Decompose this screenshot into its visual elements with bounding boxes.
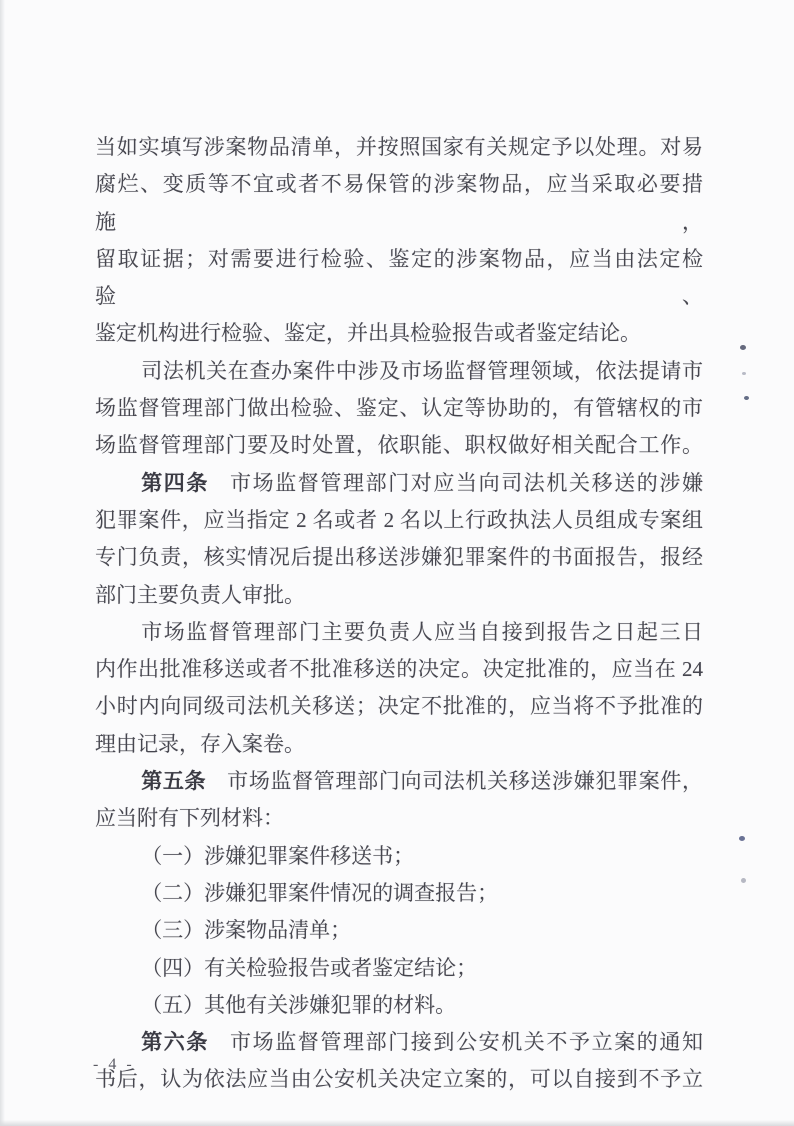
text-line list-item: （二）涉嫌犯罪案件情况的调查报告； [95, 875, 703, 912]
text-line list-item: （四）有关检验报告或者鉴定结论； [95, 950, 703, 987]
text-line: 留取证据；对需要进行检验、鉴定的涉案物品，应当由法定检验、 [95, 241, 703, 316]
line-text: 鉴定机构进行检验、鉴定，并出具检验报告或者鉴定结论。 [95, 321, 641, 345]
line-text: 部门主要负责人审批。 [95, 583, 305, 607]
scan-bottom-edge-shade [0, 1120, 794, 1126]
document-text: 当如实填写涉案物品清单，并按照国家有关规定予以处理。对易 腐烂、变质等不宜或者不… [95, 129, 703, 1099]
line-text: 司法机关在查办案件中涉及市场监督管理领域，依法提请市 [141, 359, 703, 383]
text-line list-item: （五）其他有关涉嫌犯罪的材料。 [95, 987, 703, 1024]
line-text: 犯罪案件，应当指定 2 名或者 2 名以上行政执法人员组成专案组 [95, 508, 703, 532]
text-line: 内作出批准移送或者不批准移送的决定。决定批准的，应当在 24 [95, 651, 703, 688]
line-text: （五）其他有关涉嫌犯罪的材料。 [141, 993, 456, 1017]
text-line: 第四条市场监督管理部门对应当向司法机关移送的涉嫌 [95, 465, 703, 502]
text-line: 当如实填写涉案物品清单，并按照国家有关规定予以处理。对易 [95, 129, 703, 166]
article-number: 第六条 [141, 1030, 209, 1054]
text-line: 理由记录，存入案卷。 [95, 726, 703, 763]
line-text: 场监督管理部门做出检验、鉴定、认定等协助的，有管辖权的市 [95, 396, 703, 420]
line-text: 市场监督管理部门接到公安机关不予立案的通知 [230, 1030, 703, 1054]
line-text: 腐烂、变质等不宜或者不易保管的涉案物品，应当采取必要措施， [95, 172, 703, 233]
line-text: 市场监督管理部门主要负责人应当自接到报告之日起三日 [141, 620, 703, 644]
scan-speck [740, 345, 746, 350]
scan-left-edge-shade [0, 0, 5, 1126]
text-line: 第五条市场监督管理部门向司法机关移送涉嫌犯罪案件， [95, 763, 703, 800]
line-text: 应当附有下列材料： [95, 806, 284, 830]
text-line: 鉴定机构进行检验、鉴定，并出具检验报告或者鉴定结论。 [95, 315, 703, 352]
line-text: 市场监督管理部门对应当向司法机关移送的涉嫌 [230, 471, 703, 495]
line-text: 当如实填写涉案物品清单，并按照国家有关规定予以处理。对易 [95, 135, 703, 159]
text-line: 司法机关在查办案件中涉及市场监督管理领域，依法提请市 [95, 353, 703, 390]
text-line: 市场监督管理部门主要负责人应当自接到报告之日起三日 [95, 614, 703, 651]
text-line list-item: （三）涉案物品清单； [95, 912, 703, 949]
text-line list-item: （一）涉嫌犯罪案件移送书； [95, 838, 703, 875]
scan-speck [744, 396, 749, 400]
text-line: 部门主要负责人审批。 [95, 577, 703, 614]
line-text: 理由记录，存入案卷。 [95, 732, 305, 756]
text-line: 应当附有下列材料： [95, 800, 703, 837]
line-text: 内作出批准移送或者不批准移送的决定。决定批准的，应当在 24 [95, 657, 703, 681]
line-text: 专门负责，核实情况后提出移送涉嫌犯罪案件的书面报告，报经 [95, 545, 703, 569]
article-number: 第五条 [141, 769, 206, 793]
line-text: （二）涉嫌犯罪案件情况的调查报告； [141, 881, 498, 905]
text-line: 犯罪案件，应当指定 2 名或者 2 名以上行政执法人员组成专案组 [95, 502, 703, 539]
line-text: 留取证据；对需要进行检验、鉴定的涉案物品，应当由法定检验、 [95, 247, 703, 308]
scanned-document-page: 当如实填写涉案物品清单，并按照国家有关规定予以处理。对易 腐烂、变质等不宜或者不… [0, 0, 794, 1126]
scan-speck [742, 372, 746, 375]
line-text: 市场监督管理部门向司法机关移送涉嫌犯罪案件， [227, 769, 703, 793]
scan-speck [739, 836, 745, 841]
scan-speck [741, 878, 746, 883]
text-line: 场监督管理部门要及时处置，依职能、职权做好相关配合工作。 [95, 427, 703, 464]
line-text: 书后，认为依法应当由公安机关决定立案的，可以自接到不予立 [95, 1067, 703, 1091]
page-number: - 4 - [93, 1056, 135, 1074]
text-line: 专门负责，核实情况后提出移送涉嫌犯罪案件的书面报告，报经 [95, 539, 703, 576]
text-line: 书后，认为依法应当由公安机关决定立案的，可以自接到不予立 [95, 1061, 703, 1098]
line-text: 场监督管理部门要及时处置，依职能、职权做好相关配合工作。 [95, 433, 703, 457]
text-line: 场监督管理部门做出检验、鉴定、认定等协助的，有管辖权的市 [95, 390, 703, 427]
text-line: 腐烂、变质等不宜或者不易保管的涉案物品，应当采取必要措施， [95, 166, 703, 241]
line-text: （三）涉案物品清单； [141, 918, 351, 942]
line-text: （四）有关检验报告或者鉴定结论； [141, 956, 477, 980]
line-text: 小时内向同级司法机关移送；决定不批准的，应当将不予批准的 [95, 694, 703, 718]
article-number: 第四条 [141, 471, 209, 495]
text-line: 小时内向同级司法机关移送；决定不批准的，应当将不予批准的 [95, 688, 703, 725]
text-line: 第六条市场监督管理部门接到公安机关不予立案的通知 [95, 1024, 703, 1061]
line-text: （一）涉嫌犯罪案件移送书； [141, 844, 414, 868]
